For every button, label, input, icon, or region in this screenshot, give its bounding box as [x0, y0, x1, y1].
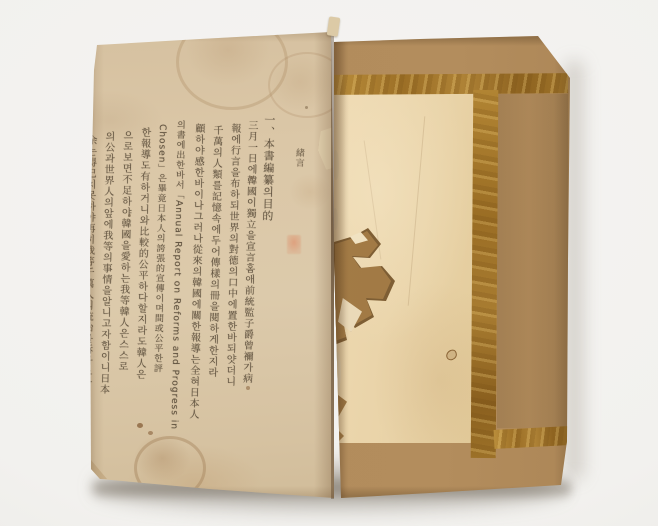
red-seal-stamp — [287, 235, 301, 254]
worn-corner — [91, 460, 107, 479]
cover-gutter-shadow — [334, 36, 349, 498]
spine-fold-line — [331, 31, 334, 499]
photo-background: 緒言 一、本書編纂의目的 三月一日에韓國이獨立을宣言홈애前統監子爵曾禰가病 報에… — [0, 0, 658, 526]
tape-strip-vertical — [471, 90, 499, 458]
foxing-spot — [305, 106, 308, 109]
tape-strip-bottom-right — [494, 426, 569, 449]
tape-strip-top — [334, 73, 568, 95]
spine-paper-tab — [327, 16, 341, 36]
cover-right-panel-shading — [497, 94, 568, 428]
text-column-title: 一、本書編纂의目的 — [258, 114, 277, 234]
section-heading: 緒言 — [290, 148, 307, 184]
